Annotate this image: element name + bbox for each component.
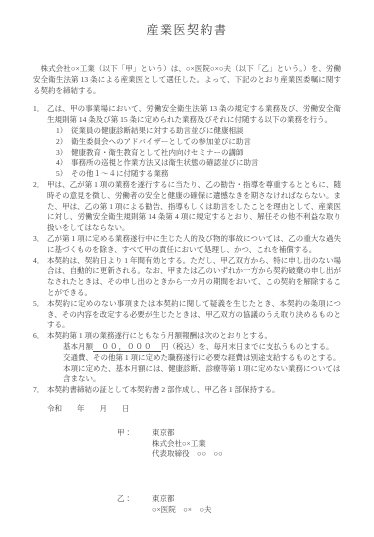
- clause-1: 1． 乙は、甲の事業場において、労働安全衛生法第 13 条の規定する業務及び、労…: [33, 104, 341, 180]
- subitem-5: 5） その他１～４に付随する業務: [56, 169, 341, 180]
- fee-amount-blank: ００，０００: [93, 342, 161, 352]
- clause-text: 乙が第 1 項に定める業務遂行中に生じた人的及び物的事故については、乙の重大な過…: [47, 234, 341, 256]
- clause-7: 7． 本契約書締結の証として本契約書 2 部作成し、甲乙各 1 部保持する。: [33, 385, 341, 396]
- exclusion-line: 本項に定めた、基本月額には、健康診断、診療等第 1 項に定めない業務については含…: [63, 364, 341, 386]
- contract-page: 産業医契約書 株式会社○×工業（以下「甲」という）は、○×医院○×○夫（以下「乙…: [0, 0, 374, 537]
- clause-number: 2．: [33, 180, 47, 234]
- clause-number: 4．: [33, 256, 47, 299]
- otsu-clinic-name: ○×医院 ○× ○夫: [152, 505, 341, 516]
- fee-prefix: 基本月額: [63, 342, 93, 351]
- party-kou-label: 甲：: [117, 428, 152, 460]
- kou-address: 東京都: [152, 428, 341, 439]
- clause-text: 甲は、乙が第 1 項の業務を遂行するに当たり、乙の勧告・指導を尊重するとともに、…: [47, 180, 341, 234]
- date-line: 令和 年 月 日: [47, 404, 341, 415]
- otsu-address: 東京都: [152, 494, 341, 505]
- expenses-line: 交通費、その他第 1 項に定めた職務遂行に必要な経費は別途支給するものとする。: [63, 353, 341, 364]
- subitem-4: 4） 事務所の巡視と作業方法又は衛生状態の確認並びに助言: [56, 158, 341, 169]
- clause-1-subitems: 1） 従業員の健康診断結果に対する助言並びに健康相談 2） 衛生委員会へのアドバ…: [56, 126, 341, 180]
- fee-detail-lines: 基本月額 ００，０００ 円（税込）を、毎月末日までに支払うものとする。 交通費、…: [63, 342, 341, 385]
- clause-text: 本契約第 1 項の業務遂行にともなう月額報酬は次のとおりとする。: [47, 331, 341, 342]
- intro-paragraph: 株式会社○×工業（以下「甲」という）は、○×医院○×○夫（以下「乙」という。）を…: [33, 64, 341, 96]
- clause-number: 5．: [33, 299, 47, 331]
- clause-text: 本契約書締結の証として本契約書 2 部作成し、甲乙各 1 部保持する。: [47, 385, 341, 396]
- subitem-2: 2） 衛生委員会へのアドバイザーとしての参加並びに助言: [56, 137, 341, 148]
- fee-suffix: 円（税込）を、毎月末日までに支払うものとする。: [161, 342, 334, 351]
- clause-number: 6．: [33, 331, 47, 385]
- kou-representative: 代表取締役 ○○ ○○: [152, 449, 341, 460]
- clause-5: 5． 本契約に定めのない事項または本契約に関して疑義を生じたとき、本契約の条項に…: [33, 299, 341, 331]
- clause-text: 本契約に定めのない事項または本契約に関して疑義を生じたとき、本契約の条項につき、…: [47, 299, 341, 331]
- subitem-1: 1） 従業員の健康診断結果に対する助言並びに健康相談: [56, 126, 341, 137]
- clause-number: 7．: [33, 385, 47, 396]
- kou-company: 株式会社○×工業: [152, 439, 341, 450]
- clause-4: 4． 本契約は、契約日より 1 年間有効とする。ただし、甲乙双方から、特に申し出…: [33, 256, 341, 299]
- clause-text: 乙は、甲の事業場において、労働安全衛生法第 13 条の規定する業務及び、労働安全…: [47, 104, 341, 126]
- party-otsu-block: 乙： 東京都 ○×医院 ○× ○夫: [117, 494, 341, 516]
- document-title: 産業医契約書: [33, 23, 341, 38]
- clause-3: 3． 乙が第 1 項に定める業務遂行中に生じた人的及び物的事故については、乙の重…: [33, 234, 341, 256]
- subitem-3: 3） 健康教育・衛生教育として社内向けセミナーの講師: [56, 148, 341, 159]
- clause-2: 2． 甲は、乙が第 1 項の業務を遂行するに当たり、乙の勧告・指導を尊重するとと…: [33, 180, 341, 234]
- clause-text: 本契約は、契約日より 1 年間有効とする。ただし、甲乙双方から、特に申し出のない…: [47, 256, 341, 299]
- clause-list: 1． 乙は、甲の事業場において、労働安全衛生法第 13 条の規定する業務及び、労…: [33, 104, 341, 396]
- party-otsu-label: 乙：: [117, 494, 152, 516]
- clause-number: 1．: [33, 104, 47, 180]
- fee-line: 基本月額 ００，０００ 円（税込）を、毎月末日までに支払うものとする。: [63, 342, 341, 353]
- clause-number: 3．: [33, 234, 47, 256]
- party-kou-block: 甲： 東京都 株式会社○×工業 代表取締役 ○○ ○○: [117, 428, 341, 460]
- clause-6: 6． 本契約第 1 項の業務遂行にともなう月額報酬は次のとおりとする。 基本月額…: [33, 331, 341, 385]
